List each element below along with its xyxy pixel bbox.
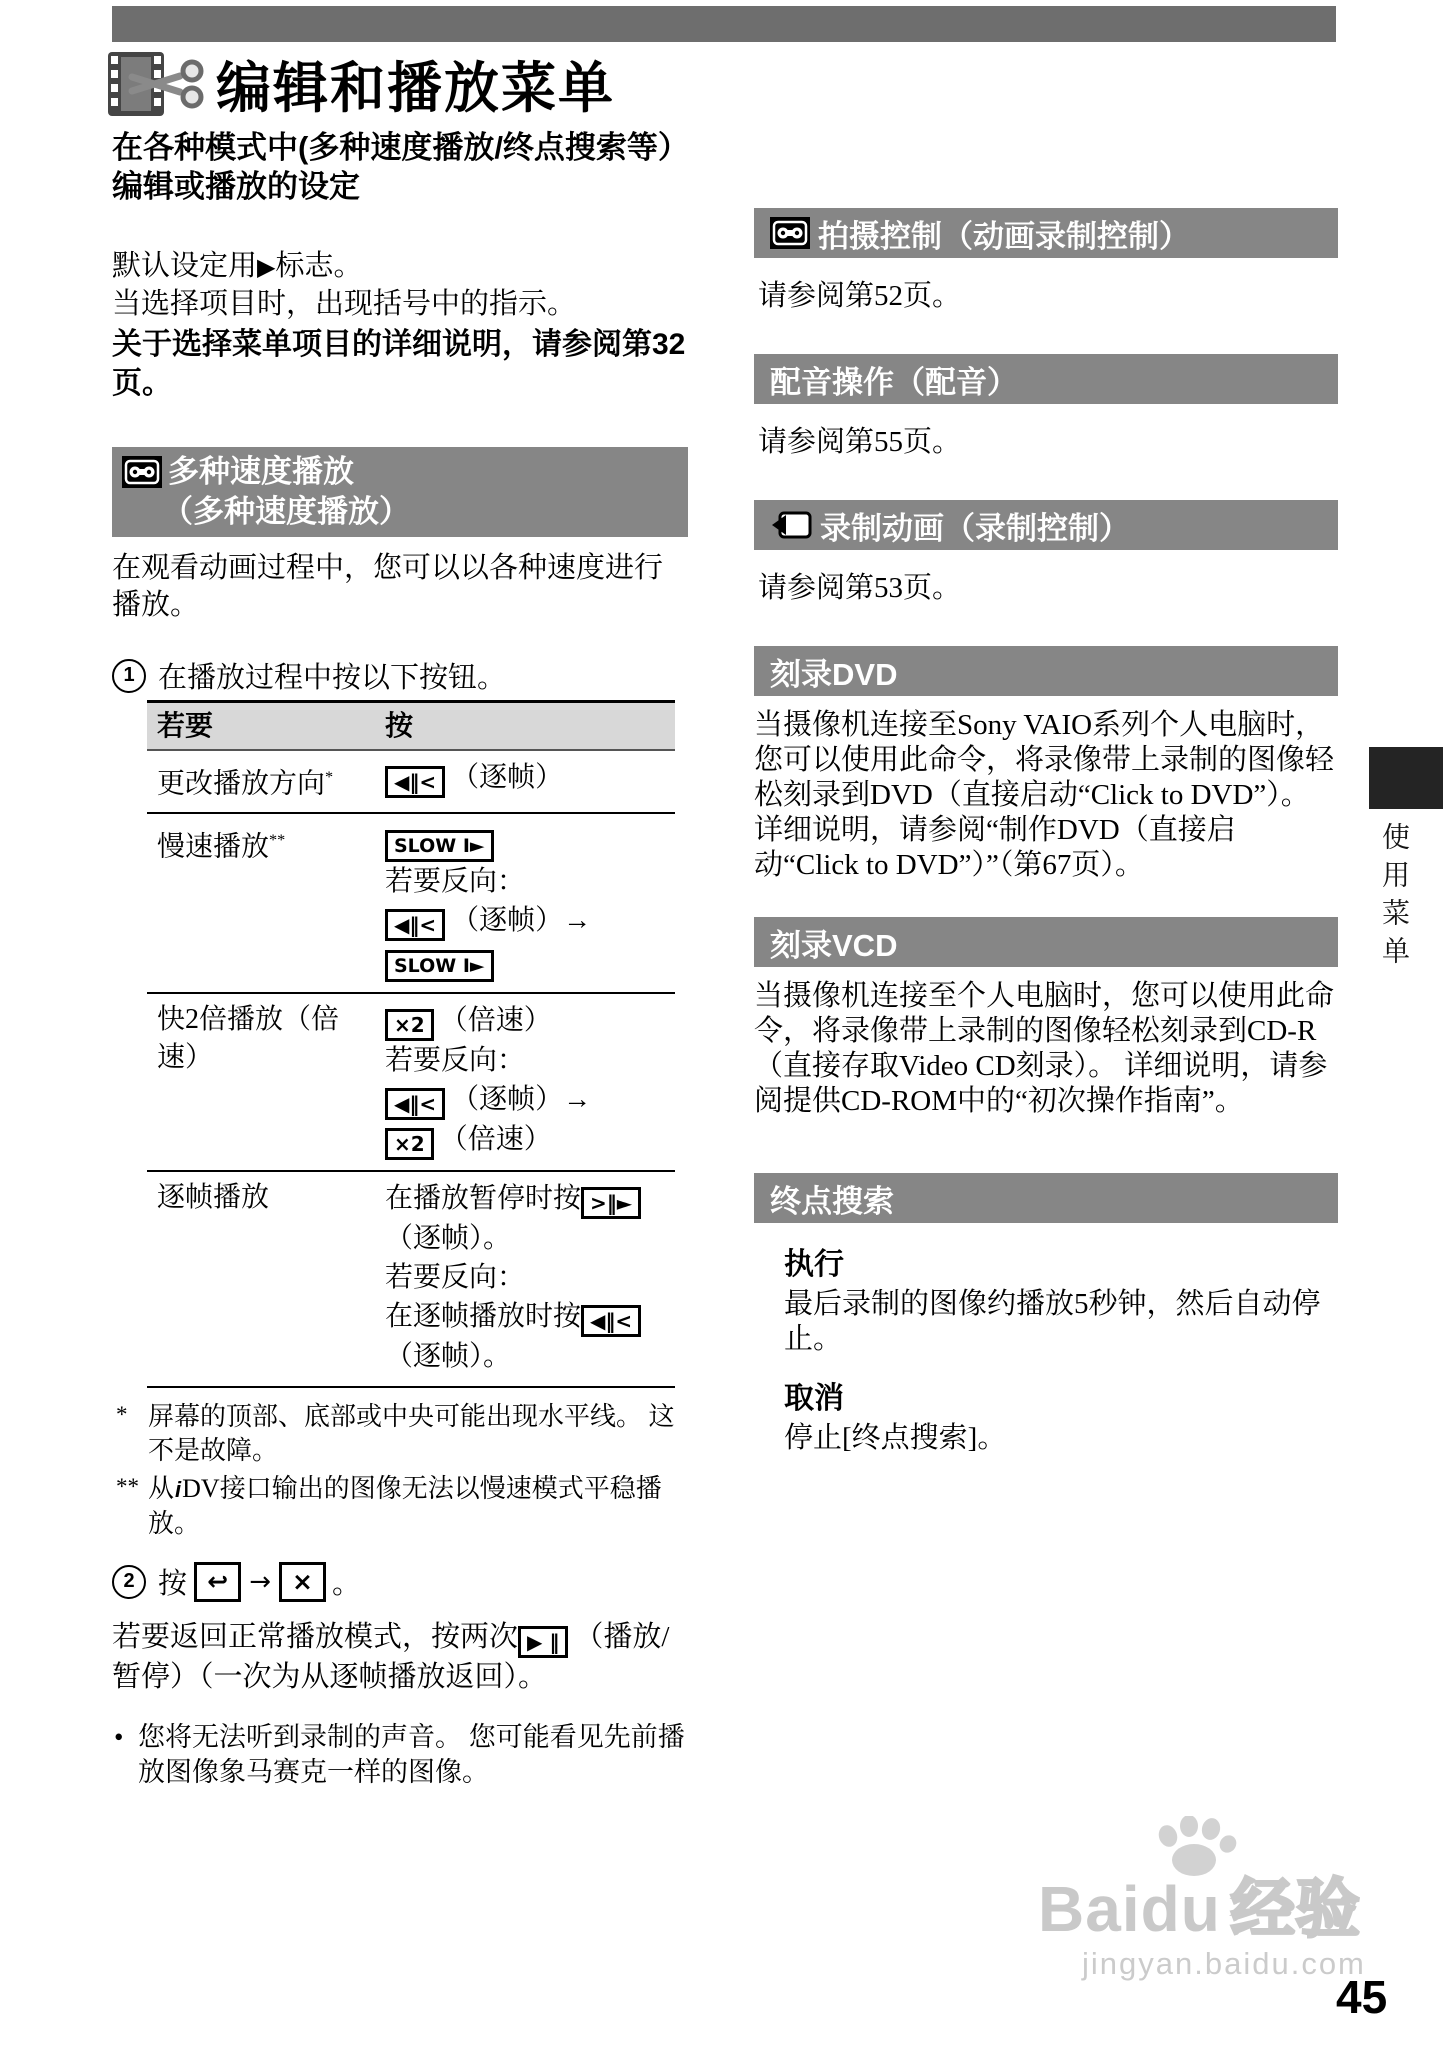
intro-paragraph: 默认设定用▶标志。 当选择项目时，出现括号中的指示。 关于选择菜单项目的详细说明…	[112, 248, 688, 403]
speed-playback-table: 若要 按 更改播放方向* ◀‖<（逐帧） 慢速播放** SLOW I► 若要反向…	[147, 700, 675, 1388]
column-header-press: 按	[385, 707, 675, 745]
step-1-number: 1	[112, 659, 146, 693]
burn-dvd-body: 当摄像机连接至Sony VAIO系列个人电脑时，您可以使用此命令，将录像带上录制…	[754, 708, 1338, 883]
intro-line-2: 当选择项目时，出现括号中的指示。	[112, 286, 688, 323]
right-column: 拍摄控制（动画录制控制） 请参阅第52页。 配音操作（配音） 请参阅第55页。 …	[754, 208, 1338, 1466]
section-header-end-search: 终点搜索	[754, 1173, 1338, 1223]
return-button-icon: ↩	[194, 1562, 241, 1602]
cassette-arrow-icon	[770, 510, 812, 540]
multi-speed-description: 在观看动画过程中，您可以以各种速度进行播放。	[112, 550, 688, 624]
cassette-icon	[122, 456, 162, 488]
intro-line-1: 默认设定用▶标志。	[112, 248, 688, 286]
see-page-link: 请参阅第52页。	[758, 278, 1338, 314]
chapter-tab	[1369, 747, 1443, 809]
slow-button-icon: SLOW I►	[385, 950, 494, 982]
top-bar	[112, 6, 1336, 42]
table-row: 快2倍播放（倍速） ×2（倍速） 若要反向： ◀‖<（逐帧）→ ×2（倍速）	[147, 994, 675, 1172]
frame-forward-button-icon: >‖►	[581, 1187, 641, 1219]
column-header-action: 若要	[157, 707, 385, 745]
cassette-icon	[770, 217, 810, 249]
frame-reverse-button-icon: ◀‖<	[385, 766, 445, 798]
section-header-rec-control: 拍摄控制（动画录制控制）	[754, 208, 1338, 258]
section-header-burn-vcd: 刻录VCD	[754, 917, 1338, 967]
see-page-link: 请参阅第53页。	[758, 570, 1338, 606]
footnotes: *屏幕的顶部、底部或中央可能出现水平线。 这不是故障。 **从iDV接口输出的图…	[112, 1400, 688, 1541]
play-pause-button-icon: ▶ ‖	[518, 1626, 568, 1658]
slow-button-icon: SLOW I►	[385, 830, 494, 862]
step-1-text: 在播放过程中按以下按钮。	[158, 655, 506, 696]
step-2-number: 2	[112, 1565, 146, 1599]
see-page-link: 请参阅第55页。	[758, 424, 1338, 460]
frame-reverse-button-icon: ◀‖<	[385, 1088, 445, 1120]
watermark-brand: Baidu经验	[1038, 1858, 1361, 1950]
table-header-row: 若要 按	[147, 703, 675, 751]
play-triangle-mark: ▶	[257, 253, 275, 281]
page-subtitle: 在各种模式中(多种速度播放/终点搜索等）编辑或播放的设定	[112, 128, 682, 206]
section-header-rec-movie: 录制动画（录制控制）	[754, 500, 1338, 550]
x2-button-icon: ×2	[385, 1128, 434, 1160]
footnote-2: **从iDV接口输出的图像无法以慢速模式平稳播放。	[112, 1472, 688, 1541]
step-2: 2 按 ↩ → × 。	[112, 1561, 688, 1602]
return-to-normal-note: 若要返回正常播放模式，按两次▶ ‖（播放/暂停）（一次为从逐帧播放返回）。	[112, 1618, 688, 1696]
page-title: 编辑和播放菜单	[216, 44, 615, 123]
step-1: 1 在播放过程中按以下按钮。	[112, 655, 506, 696]
section-header-multi-speed: 多种速度播放 （多种速度播放）	[112, 447, 688, 537]
table-row: 慢速播放** SLOW I► 若要反向： ◀‖<（逐帧）→ SLOW I►	[147, 814, 675, 994]
section-header-burn-dvd: 刻录DVD	[754, 646, 1338, 696]
manual-page: 编辑和播放菜单 在各种模式中(多种速度播放/终点搜索等）编辑或播放的设定 默认设…	[0, 0, 1451, 2064]
title-row: 编辑和播放菜单	[108, 44, 615, 123]
footnote-1: *屏幕的顶部、底部或中央可能出现水平线。 这不是故障。	[112, 1400, 688, 1468]
arrow-right-icon: →	[249, 1567, 271, 1597]
i-link-icon: i	[174, 1477, 182, 1502]
note-bullet: • 您将无法听到录制的声音。 您可能看见先前播放图像象马赛克一样的图像。	[112, 1720, 688, 1790]
watermark-url: jingyan.baidu.com	[1082, 1946, 1366, 1982]
section-title-line1: 多种速度播放	[168, 452, 354, 492]
end-search-execute-body: 最后录制的图像约播放5秒钟，然后自动停止。	[784, 1287, 1338, 1357]
section-header-audio-dub: 配音操作（配音）	[754, 354, 1338, 404]
bullet-marker: •	[114, 1720, 123, 1755]
burn-vcd-body: 当摄像机连接至个人电脑时，您可以使用此命令，将录像带上录制的图像轻松刻录到CD-…	[754, 979, 1338, 1119]
end-search-cancel-label: 取消	[784, 1373, 1338, 1417]
frame-reverse-button-icon: ◀‖<	[581, 1305, 641, 1337]
close-button-icon: ×	[279, 1562, 326, 1602]
x2-button-icon: ×2	[385, 1009, 434, 1041]
section-title-line2: （多种速度播放）	[122, 492, 688, 532]
frame-reverse-button-icon: ◀‖<	[385, 909, 445, 941]
table-row: 更改播放方向* ◀‖<（逐帧）	[147, 751, 675, 814]
end-search-execute-label: 执行	[784, 1239, 1338, 1283]
end-search-cancel-body: 停止[终点搜索]。	[784, 1421, 1338, 1456]
chapter-tab-label: 使用菜单	[1374, 822, 1414, 974]
intro-bold-note: 关于选择菜单项目的详细说明，请参阅第32页。	[112, 325, 688, 403]
film-scissors-icon	[108, 49, 212, 119]
table-row: 逐帧播放 在播放暂停时按>‖► （逐帧）。 若要反向： 在逐帧播放时按◀‖< （…	[147, 1172, 675, 1388]
